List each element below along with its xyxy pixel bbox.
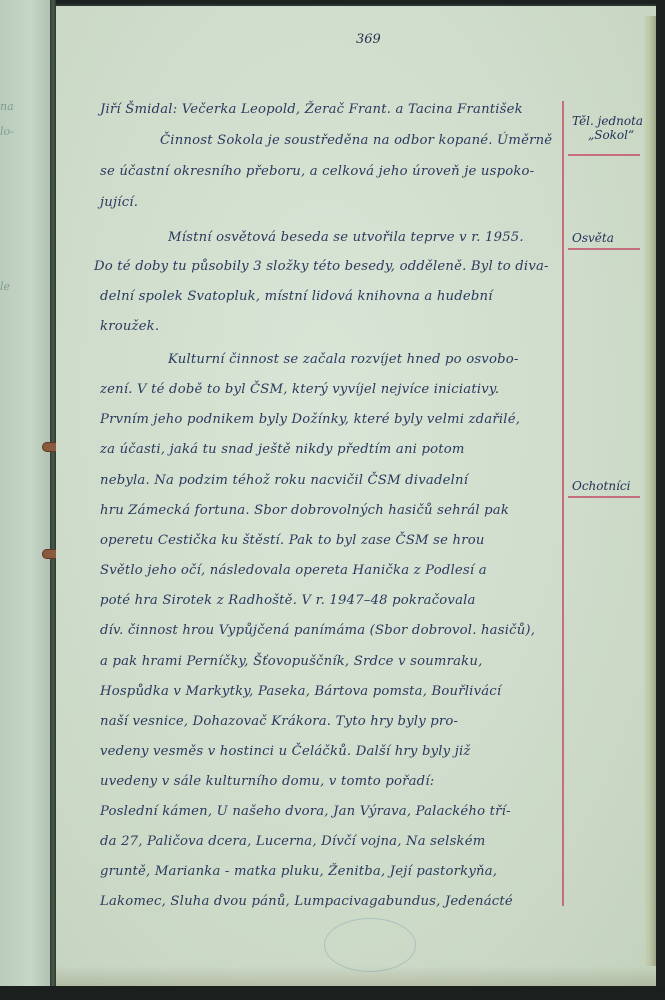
text-line: delní spolek Svatopluk, místní lidová kn… [100, 289, 493, 304]
margin-note-ochotnici: Ochotníci [572, 479, 630, 493]
text-line: vedeny vesměs v hostinci u Čeláčků. Dalš… [100, 744, 471, 759]
text-line: da 27, Paličova dcera, Lucerna, Dívčí vo… [100, 834, 485, 849]
text-line: operetu Cestička ku štěstí. Pak to byl z… [100, 533, 485, 548]
text-line: Jiří Šmidal: Večerka Leopold, Žerač Fran… [100, 102, 523, 117]
text-line: Místní osvětová beseda se utvořila teprv… [168, 230, 524, 245]
text-line: Světlo jeho očí, následovala opereta Han… [100, 563, 487, 578]
text-line: naší vesnice, Dohazovač Krákora. Tyto hr… [100, 714, 458, 729]
page-number: 369 [356, 32, 381, 47]
text-line: a pak hrami Perníčky, Šťovopuščník, Srdc… [100, 654, 482, 669]
text-line: nebyla. Na podzim téhož roku nacvičil ČS… [100, 473, 468, 488]
left-page-text-fragment: le [0, 280, 10, 293]
text-line: gruntě, Marianka - matka pluku, Ženitba,… [100, 864, 497, 879]
text-line: se účastní okresního přeboru, a celková … [100, 164, 534, 179]
left-page: na lo- le [0, 0, 52, 990]
margin-note-line: Těl. jednota [572, 114, 643, 128]
margin-rule [568, 154, 640, 156]
text-line: Prvním jeho podnikem byly Dožínky, které… [100, 412, 520, 427]
margin-note-osveta: Osvěta [572, 231, 614, 245]
text-line: dív. činnost hrou Vypůjčená panímáma (Sb… [100, 623, 535, 638]
margin-note-sokol: Těl. jednota „Sokol“ [572, 114, 643, 142]
left-page-text-fragment: na [0, 100, 14, 113]
text-line: Kulturní činnost se začala rozvíjet hned… [168, 352, 519, 367]
text-line: kroužek. [100, 319, 159, 334]
text-line: zení. V té době to byl ČSM, který vyvíje… [100, 382, 499, 397]
text-line: Poslední kámen, U našeho dvora, Jan Výra… [100, 804, 511, 819]
text-line: Hospůdka v Markytky, Paseka, Bártova pom… [100, 684, 501, 699]
text-line: hru Zámecká fortuna. Sbor dobrovolných h… [100, 503, 509, 518]
text-line: poté hra Sirotek z Radhoště. V r. 1947–4… [100, 593, 476, 608]
margin-note-line: „Sokol“ [572, 128, 643, 142]
manuscript-page: 369 Těl. jednota „Sokol“ Osvěta Ochotníc… [56, 4, 656, 986]
faint-stamp [324, 918, 416, 972]
text-line: uvedeny v sále kulturního domu, v tomto … [100, 774, 434, 789]
margin-rule [568, 496, 640, 498]
margin-rule [568, 248, 640, 250]
text-line: Činnost Sokola je soustředěna na odbor k… [160, 133, 552, 148]
text-line: jující. [100, 195, 138, 210]
text-line: Lakomec, Sluha dvou pánů, Lumpacivagabun… [100, 894, 513, 909]
book-bottom-edge [0, 986, 665, 1000]
margin-line [562, 101, 564, 906]
page-edge [644, 16, 656, 966]
text-line: za účasti, jaká tu snad ještě nikdy před… [100, 442, 465, 457]
text-line: Do té doby tu působily 3 složky této bes… [94, 259, 549, 274]
left-page-text-fragment: lo- [0, 125, 14, 138]
